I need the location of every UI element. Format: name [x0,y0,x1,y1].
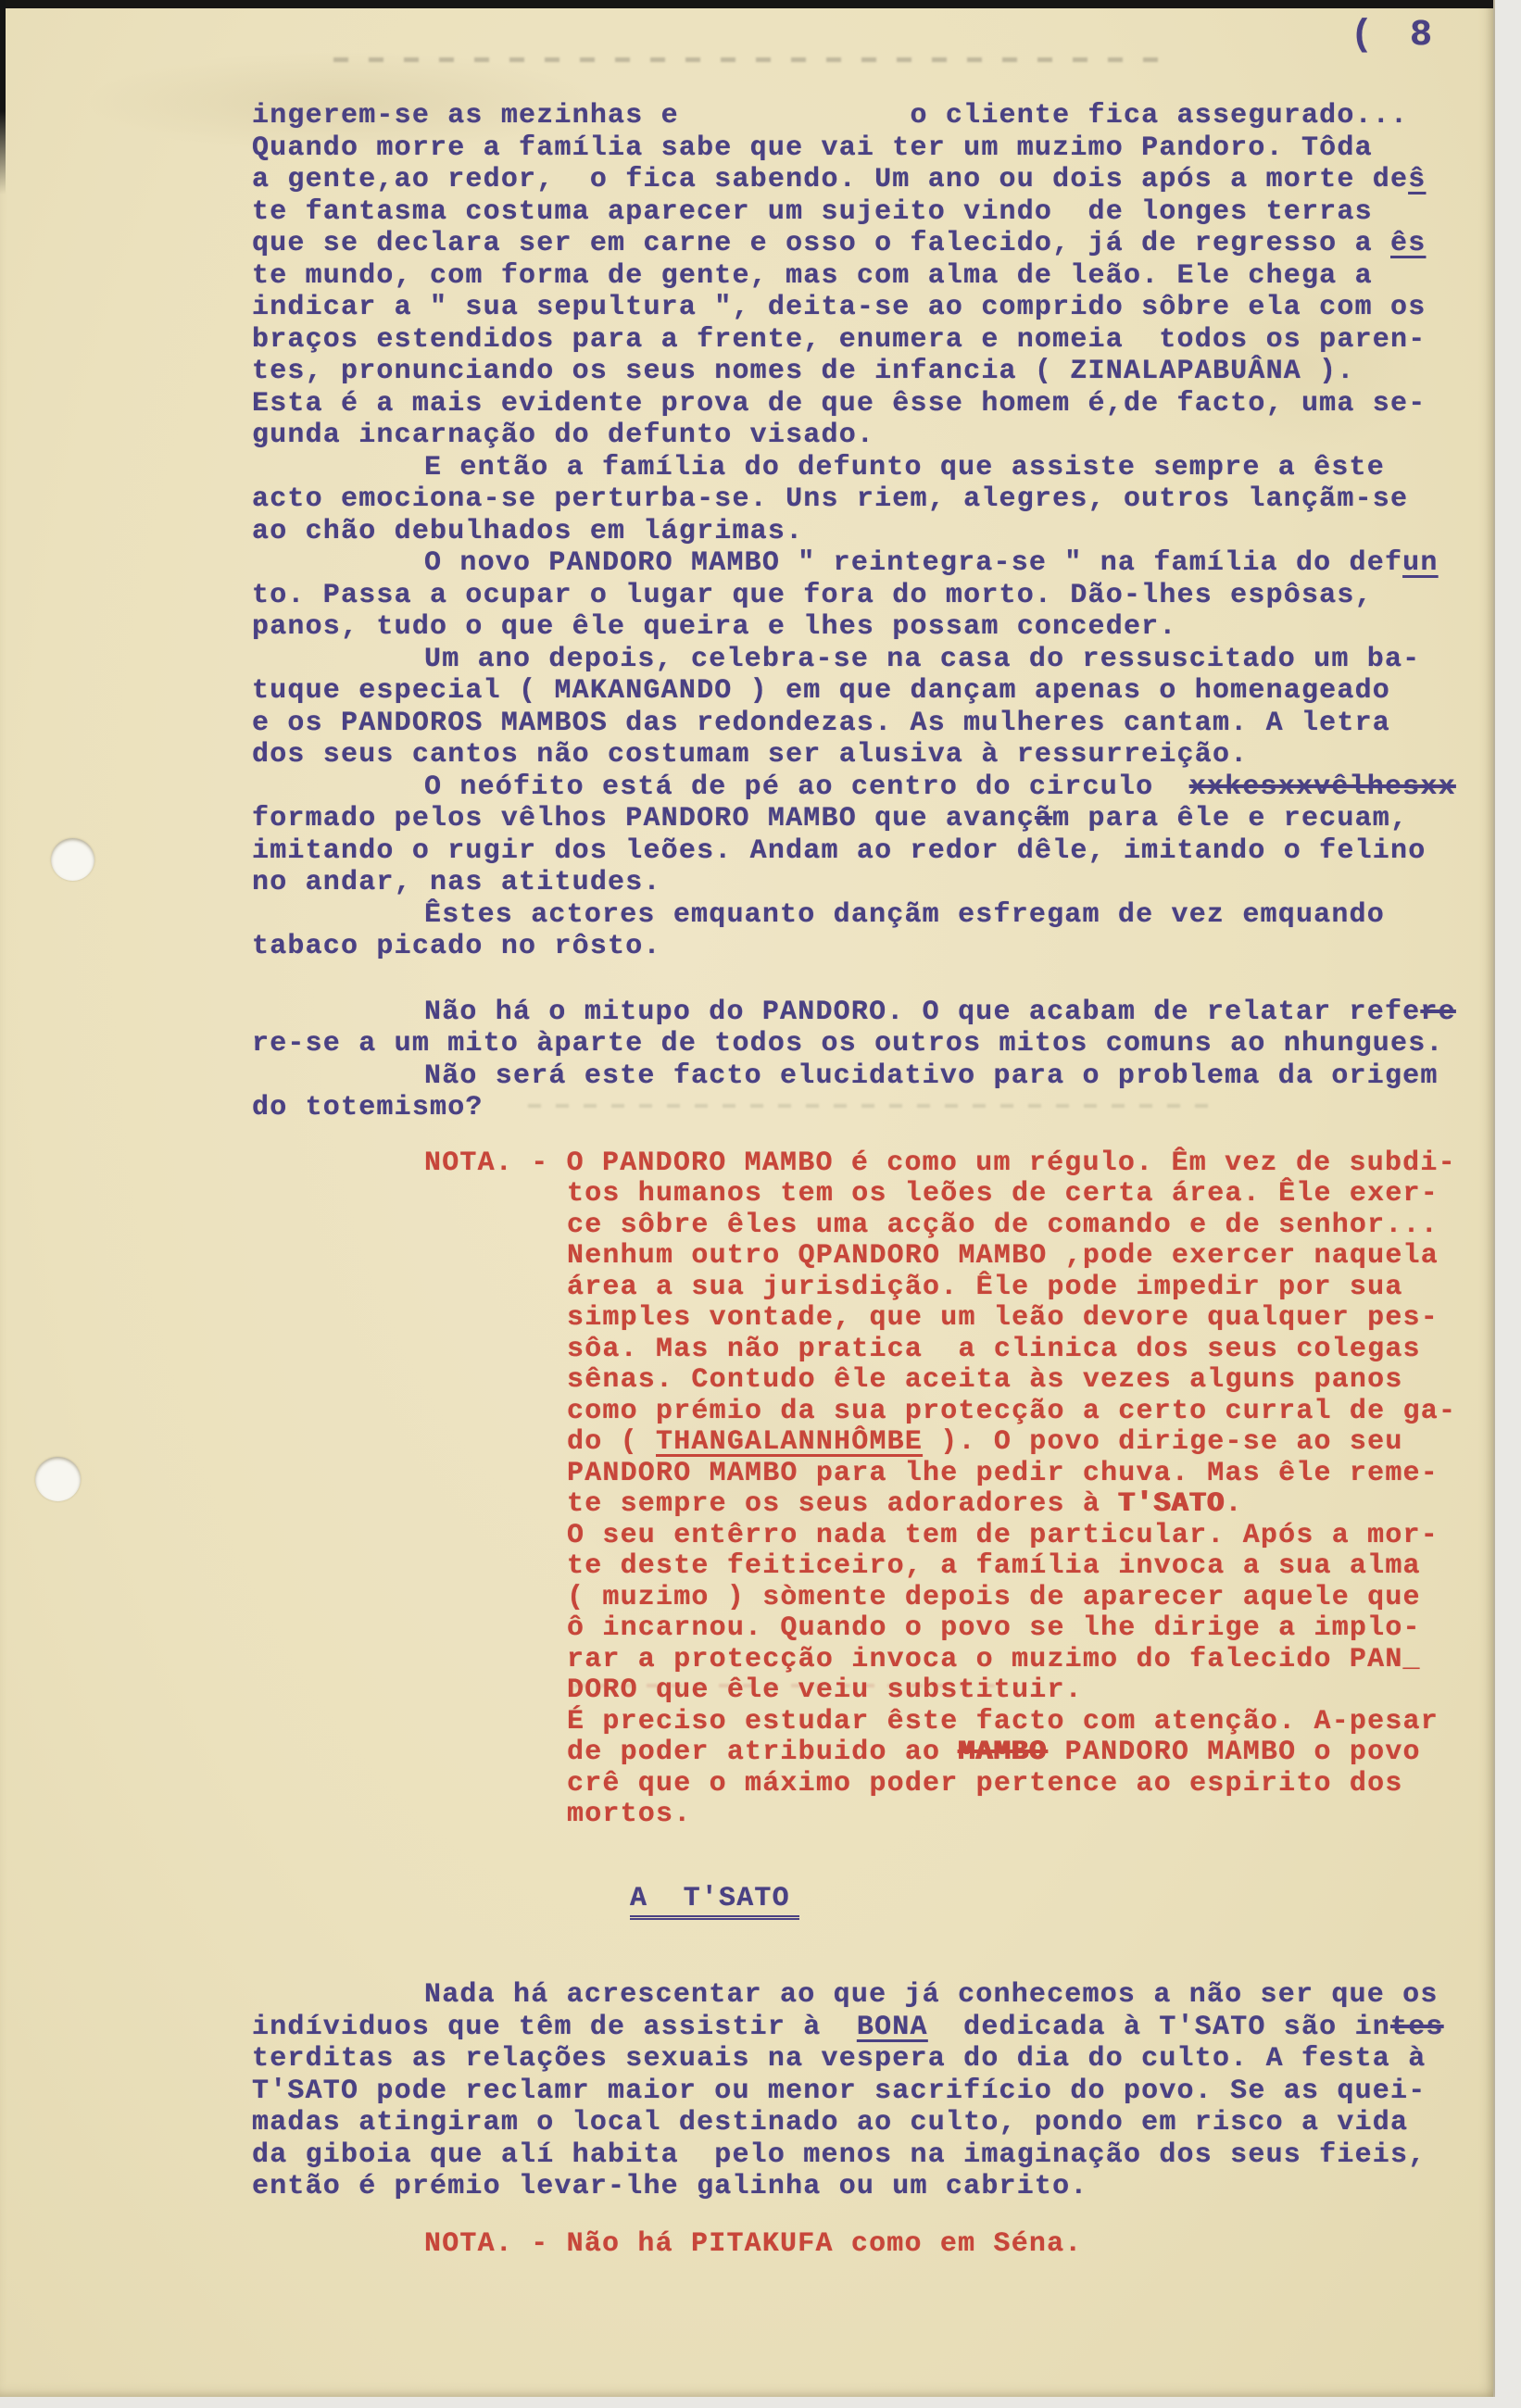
typed-line: rar a protecção invoca o muzimo do falec… [424,1645,1493,1676]
typed-line: da giboia que alí habita pelo menos na i… [252,2139,1493,2172]
para-2: E então a família do defunto que assiste… [252,452,1493,548]
typed-line: sênas. Contudo êle aceita às vezes algun… [424,1365,1493,1397]
nota-2: NOTA. - Não há PITAKUFA como em Séna. [252,2229,1493,2261]
para-8: Não será este facto elucidativo para o p… [252,1060,1493,1124]
typed-line: e os PANDOROS MAMBOS das redondezas. As … [252,708,1493,740]
typed-line: ô incarnou. Quando o povo se lhe dirige … [424,1613,1493,1645]
typed-line: Não há o mitupo do PANDORO. O que acabam… [252,997,1493,1029]
typed-line: simples vontade, que um leão devore qual… [424,1303,1493,1335]
nota-1: NOTA. - O PANDORO MAMBO é como um régulo… [252,1148,1493,1831]
typed-line: te mundo, com forma de gente, mas com al… [252,260,1493,293]
typed-line: A T'SATO [630,1883,1493,1915]
scan-left-edge [0,0,6,194]
typed-line: indíviduos que têm de assistir à BONA de… [252,2012,1493,2044]
typed-line: PANDORO MAMBO para lhe pedir chuva. Mas … [424,1459,1493,1490]
typed-line: ingerem-se as mezinhas e o cliente fica … [252,100,1493,132]
typed-line: sôa. Mas não pratica a clinica dos seus … [424,1335,1493,1366]
typed-line: ce sôbre êles uma acção de comando e de … [424,1210,1493,1242]
typed-line: O novo PANDORO MAMBO " reintegra-se " na… [252,547,1493,580]
typed-line: É preciso estudar êste facto com atenção… [424,1707,1493,1738]
typed-line: do totemismo? [252,1092,1493,1124]
typed-line: no andar, nas atitudes. [252,867,1493,899]
typed-line: O neófito está de pé ao centro do circul… [252,771,1493,804]
typed-line: Nada há acrescentar ao que já conhecemos… [252,1979,1493,2012]
typed-line: NOTA. - O PANDORO MAMBO é como um régulo… [424,1148,1493,1180]
typed-line: tabaco picado no rôsto. [252,931,1493,963]
typed-line: T'SATO pode reclamr maior ou menor sacri… [252,2076,1493,2108]
typed-line: te sempre os seus adoradores à T'SATO. [424,1489,1493,1521]
typed-line: como prémio da sua protecção a certo cur… [424,1397,1493,1428]
typed-line: do ( THANGALANNHÔMBE ). O povo dirige-se… [424,1427,1493,1459]
typed-line: de poder atribuido ao MAMBO PANDORO MAMB… [424,1737,1493,1769]
para-9: Nada há acrescentar ao que já conhecemos… [252,1979,1493,2203]
typed-line: Êstes actores emquanto dançãm esfregam d… [252,899,1493,932]
punch-hole [51,838,94,881]
typed-line: que se declara ser em carne e osso o fal… [252,228,1493,260]
ink-smudge [333,57,1176,62]
typed-line: Um ano depois, celebra-se na casa do res… [252,644,1493,676]
typed-line: Quando morre a família sabe que vai ter … [252,132,1493,165]
typed-line: a gente,ao redor, o fica sabendo. Um ano… [252,164,1493,196]
page-number: ( 8 [1351,15,1439,56]
scanned-page: ( 8 ingerem-se as mezinhas e o cliente f… [0,0,1495,2397]
typed-line: crê que o máximo poder pertence ao espir… [424,1769,1493,1800]
typed-line: O seu entêrro nada tem de particular. Ap… [424,1521,1493,1552]
typed-line: indicar a " sua sepultura ", deita-se ao… [252,292,1493,324]
typed-line: acto emociona-se perturba-se. Uns riem, … [252,483,1493,516]
scan-top-edge [0,0,1493,8]
para-3: O novo PANDORO MAMBO " reintegra-se " na… [252,547,1493,644]
typed-line: então é prémio levar-lhe galinha ou um c… [252,2171,1493,2203]
para-4: Um ano depois, celebra-se na casa do res… [252,644,1493,771]
para-5: O neófito está de pé ao centro do circul… [252,771,1493,899]
typed-line: tes, pronunciando os seus nomes de infan… [252,356,1493,388]
typed-line: tuque especial ( MAKANGANDO ) em que dan… [252,675,1493,708]
typed-line: re-se a um mito àparte de todos os outro… [252,1028,1493,1060]
typed-text: ingerem-se as mezinhas e o cliente fica … [252,100,1493,2260]
typed-line: terditas as relações sexuais na vespera … [252,2043,1493,2076]
typed-line: braços estendidos para a frente, enumera… [252,324,1493,357]
typed-line: DORO que êle veiu substituir. [424,1675,1493,1707]
typed-line: mortos. [424,1800,1493,1831]
typed-line: ( muzimo ) sòmente depois de aparecer aq… [424,1583,1493,1614]
typed-line: madas atingiram o local destinado ao cul… [252,2107,1493,2139]
typed-line: to. Passa a ocupar o lugar que fora do m… [252,580,1493,612]
typed-line: E então a família do defunto que assiste… [252,452,1493,484]
para-7: Não há o mitupo do PANDORO. O que acabam… [252,997,1493,1060]
para-6: Êstes actores emquanto dançãm esfregam d… [252,899,1493,963]
typed-line: gunda incarnação do defunto visado. [252,420,1493,452]
typed-line: Esta é a mais evidente prova de que êsse… [252,388,1493,420]
typed-line: formado pelos vêlhos PANDORO MAMBO que a… [252,803,1493,835]
typed-line: tos humanos tem os leões de certa área. … [424,1179,1493,1210]
typed-line: área a sua jurisdição. Êle pode impedir … [424,1273,1493,1304]
typed-line: dos seus cantos não costumam ser alusiva… [252,739,1493,771]
typed-line: NOTA. - Não há PITAKUFA como em Séna. [424,2229,1493,2261]
typed-line: te deste feiticeiro, a família invoca a … [424,1551,1493,1583]
para-1: ingerem-se as mezinhas e o cliente fica … [252,100,1493,452]
typed-line: imitando o rugir dos leões. Andam ao red… [252,835,1493,868]
typed-line: ao chão debulhados em lágrimas. [252,516,1493,548]
heading-tsato: A T'SATO [252,1883,1493,1915]
punch-hole [35,1457,81,1501]
typed-line: Não será este facto elucidativo para o p… [252,1060,1493,1093]
typed-line: te fantasma costuma aparecer um sujeito … [252,196,1493,229]
typed-line: panos, tudo o que êle queira e lhes poss… [252,611,1493,644]
typed-line: Nenhum outro QPANDORO MAMBO ,pode exerce… [424,1241,1493,1273]
